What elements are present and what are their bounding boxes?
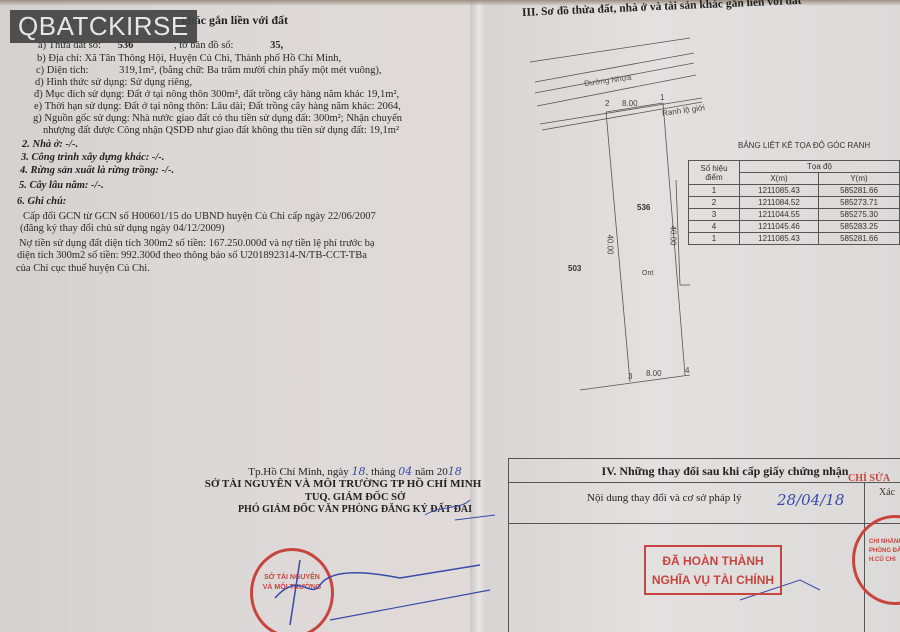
bottom-width-label: 8.00 xyxy=(646,369,662,378)
header-y: Y(m) xyxy=(819,173,900,185)
header-x: X(m) xyxy=(740,173,819,185)
handwritten-date: 28/04/18 xyxy=(777,491,844,509)
correction-stamp-text: CHỈ SỬA xyxy=(848,473,890,484)
coordinate-table-title: BẢNG LIỆT KÊ TỌA ĐỘ GÓC RANH xyxy=(738,141,870,150)
top-width-label: 8.00 xyxy=(622,99,638,108)
table-row: 11211085.43585281.66 xyxy=(689,185,900,197)
table-row: 11211085.43585281.66 xyxy=(689,233,900,245)
table-row: 21211084.52585273.71 xyxy=(689,197,900,209)
coordinate-table: Số hiệu điểm Tọa độ X(m) Y(m) 11211085.4… xyxy=(688,160,900,245)
parcel-label: 536 xyxy=(637,203,650,212)
neighbor-parcel-label: 503 xyxy=(568,264,581,273)
point-3-label: 3 xyxy=(628,372,632,381)
table-row: 41211045.46585283.25 xyxy=(689,221,900,233)
change-content-label: Nội dung thay đổi và cơ sở pháp lý xyxy=(587,492,742,504)
header-point: Số hiệu điểm xyxy=(689,161,740,185)
point-1-label: 1 xyxy=(660,93,664,102)
watermark-badge: QBATCKIRSE xyxy=(10,10,197,43)
right-length-label: 40.00 xyxy=(669,225,678,245)
header-coordinates: Tọa độ xyxy=(740,161,900,173)
land-type-label: Ont xyxy=(642,270,653,277)
point-2-label: 2 xyxy=(605,99,609,108)
changes-header-row: Nội dung thay đổi và cơ sở pháp lý 28/04… xyxy=(509,483,900,524)
confirmation-label: Xác xyxy=(879,487,895,498)
table-row: 31211044.55585275.30 xyxy=(689,209,900,221)
left-length-label: 40.00 xyxy=(606,234,615,254)
financial-obligation-stamp: ĐÃ HOÀN THÀNH NGHĨA VỤ TÀI CHÍNH xyxy=(644,545,782,595)
changes-section-title: IV. Những thay đổi sau khi cấp giấy chứn… xyxy=(509,459,900,483)
point-4-label: 4 xyxy=(685,366,689,375)
